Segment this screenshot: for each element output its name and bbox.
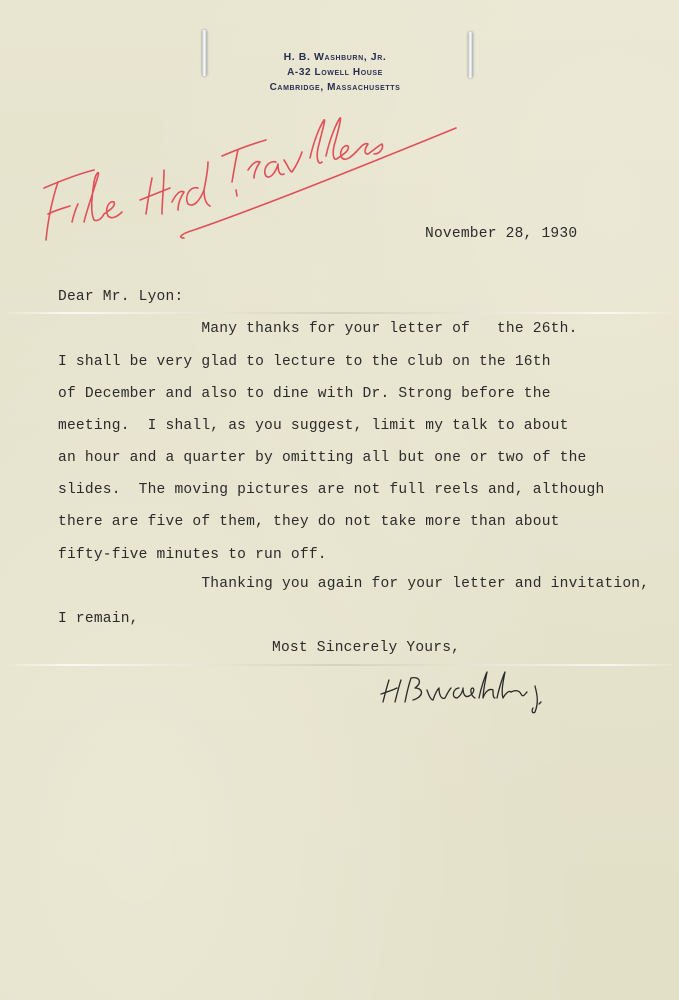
letterhead-address-line1: A-32 Lowell House (230, 65, 440, 80)
body-line: an hour and a quarter by omitting all bu… (58, 450, 587, 466)
fold-crease (0, 312, 679, 314)
signature-icon (375, 668, 555, 716)
staple-left (202, 30, 207, 76)
body-line: there are five of them, they do not take… (58, 514, 560, 530)
body-line: of December and also to dine with Dr. St… (58, 386, 551, 402)
red-pencil-annotation-icon (38, 110, 468, 250)
body-line: slides. The moving pictures are not full… (58, 482, 604, 498)
body-line: fifty-five minutes to run off. (58, 547, 327, 563)
letterhead-address-line2: Cambridge, Massachusetts (230, 80, 440, 95)
letter-date: November 28, 1930 (425, 226, 577, 242)
letter-salutation: Dear Mr. Lyon: (58, 289, 183, 305)
handwritten-annotation (38, 110, 468, 250)
body-line: Many thanks for your letter of the 26th. (58, 321, 578, 337)
letter-closing: Most Sincerely Yours, (272, 640, 460, 656)
body-line: I shall be very glad to lecture to the c… (58, 354, 551, 370)
staple-right (468, 32, 473, 78)
handwritten-signature (375, 668, 555, 716)
letterhead-name: H. B. Washburn, Jr. (230, 50, 440, 65)
letterhead: H. B. Washburn, Jr. A-32 Lowell House Ca… (230, 50, 440, 95)
fold-crease (0, 664, 679, 666)
letter-paper: H. B. Washburn, Jr. A-32 Lowell House Ca… (0, 0, 679, 1000)
body-line: Thanking you again for your letter and i… (58, 576, 649, 592)
body-line: I remain, (58, 611, 139, 627)
body-line: meeting. I shall, as you suggest, limit … (58, 418, 569, 434)
